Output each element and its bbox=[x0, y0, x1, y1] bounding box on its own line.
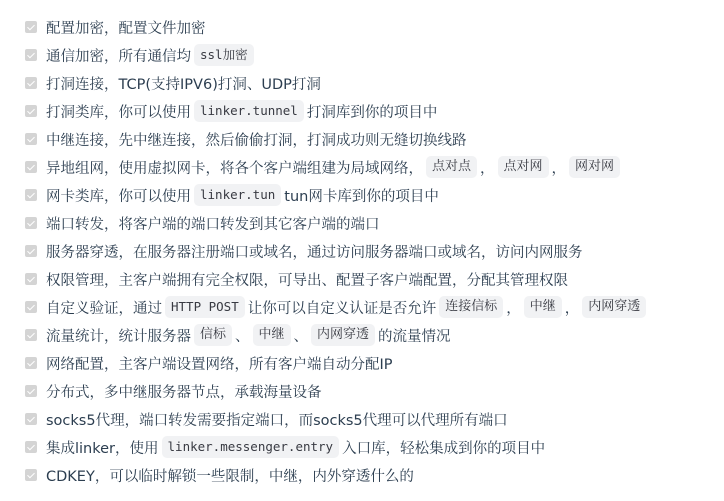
checkbox-checked-icon bbox=[25, 357, 37, 369]
feature-item: 权限管理，主客户端拥有完全权限，可导出、配置子客户端配置，分配其管理权限 bbox=[25, 265, 724, 293]
inline-code: 连接信标 bbox=[439, 296, 503, 318]
feature-text: 、 bbox=[235, 325, 250, 346]
feature-text: 流量统计，统计服务器 bbox=[46, 325, 191, 346]
inline-code: 内网穿透 bbox=[311, 324, 375, 346]
feature-text: ， bbox=[506, 297, 521, 318]
checkbox-checked-icon bbox=[25, 245, 37, 257]
checkbox-checked-icon bbox=[25, 105, 37, 117]
inline-code: 内网穿透 bbox=[582, 296, 646, 318]
inline-code: ssl加密 bbox=[194, 44, 254, 66]
feature-item: 配置加密，配置文件加密 bbox=[25, 13, 724, 41]
feature-item: 网络配置，主客户端设置网络，所有客户端自动分配IP bbox=[25, 349, 724, 377]
feature-text: 权限管理，主客户端拥有完全权限，可导出、配置子客户端配置，分配其管理权限 bbox=[46, 269, 568, 290]
feature-item: 流量统计，统计服务器信标、中继、内网穿透的流量情况 bbox=[25, 321, 724, 349]
feature-item: 服务器穿透，在服务器注册端口或域名，通过访问服务器端口或域名，访问内网服务 bbox=[25, 237, 724, 265]
inline-code: 中继 bbox=[524, 296, 562, 318]
feature-text: 打洞库到你的项目中 bbox=[307, 101, 438, 122]
checkbox-checked-icon bbox=[25, 217, 37, 229]
checkbox-checked-icon bbox=[25, 441, 37, 453]
feature-text: 分布式，多中继服务器节点，承载海量设备 bbox=[46, 381, 322, 402]
inline-code: 信标 bbox=[194, 324, 232, 346]
inline-code: 点对网 bbox=[498, 156, 549, 178]
feature-item: 集成linker，使用linker.messenger.entry入口库，轻松集… bbox=[25, 433, 724, 461]
feature-text: 通信加密，所有通信均 bbox=[46, 45, 191, 66]
checkbox-checked-icon bbox=[25, 133, 37, 145]
feature-item: 异地组网，使用虚拟网卡，将各个客户端组建为局域网络，点对点，点对网，网对网 bbox=[25, 153, 724, 181]
inline-code: linker.tunnel bbox=[194, 100, 304, 122]
feature-task-list: 配置加密，配置文件加密通信加密，所有通信均ssl加密打洞连接，TCP(支持IPV… bbox=[0, 0, 724, 489]
checkbox-checked-icon bbox=[25, 21, 37, 33]
feature-item: socks5代理，端口转发需要指定端口，而socks5代理可以代理所有端口 bbox=[25, 405, 724, 433]
feature-item: 中继连接，先中继连接，然后偷偷打洞，打洞成功则无缝切换线路 bbox=[25, 125, 724, 153]
feature-text: 配置加密，配置文件加密 bbox=[46, 17, 206, 38]
feature-text: 打洞类库，你可以使用 bbox=[46, 101, 191, 122]
feature-text: 入口库，轻松集成到你的项目中 bbox=[342, 437, 545, 458]
feature-text: 中继连接，先中继连接，然后偷偷打洞，打洞成功则无缝切换线路 bbox=[46, 129, 467, 150]
feature-text: socks5代理，端口转发需要指定端口，而socks5代理可以代理所有端口 bbox=[46, 409, 508, 430]
feature-text: 自定义验证，通过 bbox=[46, 297, 162, 318]
feature-item: 通信加密，所有通信均ssl加密 bbox=[25, 41, 724, 69]
inline-code: HTTP POST bbox=[165, 296, 245, 318]
feature-text: ， bbox=[480, 157, 495, 178]
checkbox-checked-icon bbox=[25, 189, 37, 201]
inline-code: 中继 bbox=[253, 324, 291, 346]
feature-text: ， bbox=[565, 297, 580, 318]
feature-text: 网卡类库，你可以使用 bbox=[46, 185, 191, 206]
feature-text: 异地组网，使用虚拟网卡，将各个客户端组建为局域网络， bbox=[46, 157, 423, 178]
feature-text: tun网卡库到你的项目中 bbox=[284, 185, 439, 206]
inline-code: 点对点 bbox=[426, 156, 477, 178]
feature-text: 网络配置，主客户端设置网络，所有客户端自动分配IP bbox=[46, 353, 393, 374]
feature-text: 让你可以自定义认证是否允许 bbox=[248, 297, 437, 318]
feature-item: 分布式，多中继服务器节点，承载海量设备 bbox=[25, 377, 724, 405]
inline-code: 网对网 bbox=[569, 156, 620, 178]
feature-item: 自定义验证，通过HTTP POST让你可以自定义认证是否允许连接信标，中继，内网… bbox=[25, 293, 724, 321]
feature-text: 集成linker，使用 bbox=[46, 437, 159, 458]
checkbox-checked-icon bbox=[25, 49, 37, 61]
checkbox-checked-icon bbox=[25, 301, 37, 313]
feature-text: 打洞连接，TCP(支持IPV6)打洞、UDP打洞 bbox=[46, 73, 321, 94]
feature-text: 、 bbox=[294, 325, 309, 346]
checkbox-checked-icon bbox=[25, 329, 37, 341]
feature-text: 端口转发，将客户端的端口转发到其它客户端的端口 bbox=[46, 213, 380, 234]
feature-text: 服务器穿透，在服务器注册端口或域名，通过访问服务器端口或域名，访问内网服务 bbox=[46, 241, 583, 262]
feature-text: CDKEY，可以临时解锁一些限制，中继，内外穿透什么的 bbox=[46, 465, 414, 486]
checkbox-checked-icon bbox=[25, 413, 37, 425]
feature-item: CDKEY，可以临时解锁一些限制，中继，内外穿透什么的 bbox=[25, 461, 724, 489]
checkbox-checked-icon bbox=[25, 273, 37, 285]
feature-item: 打洞连接，TCP(支持IPV6)打洞、UDP打洞 bbox=[25, 69, 724, 97]
feature-item: 打洞类库，你可以使用linker.tunnel打洞库到你的项目中 bbox=[25, 97, 724, 125]
checkbox-checked-icon bbox=[25, 77, 37, 89]
inline-code: linker.tun bbox=[194, 184, 281, 206]
feature-text: ， bbox=[552, 157, 567, 178]
checkbox-checked-icon bbox=[25, 469, 37, 481]
checkbox-checked-icon bbox=[25, 161, 37, 173]
feature-item: 网卡类库，你可以使用linker.tuntun网卡库到你的项目中 bbox=[25, 181, 724, 209]
inline-code: linker.messenger.entry bbox=[162, 436, 340, 458]
feature-item: 端口转发，将客户端的端口转发到其它客户端的端口 bbox=[25, 209, 724, 237]
feature-text: 的流量情况 bbox=[378, 325, 451, 346]
checkbox-checked-icon bbox=[25, 385, 37, 397]
